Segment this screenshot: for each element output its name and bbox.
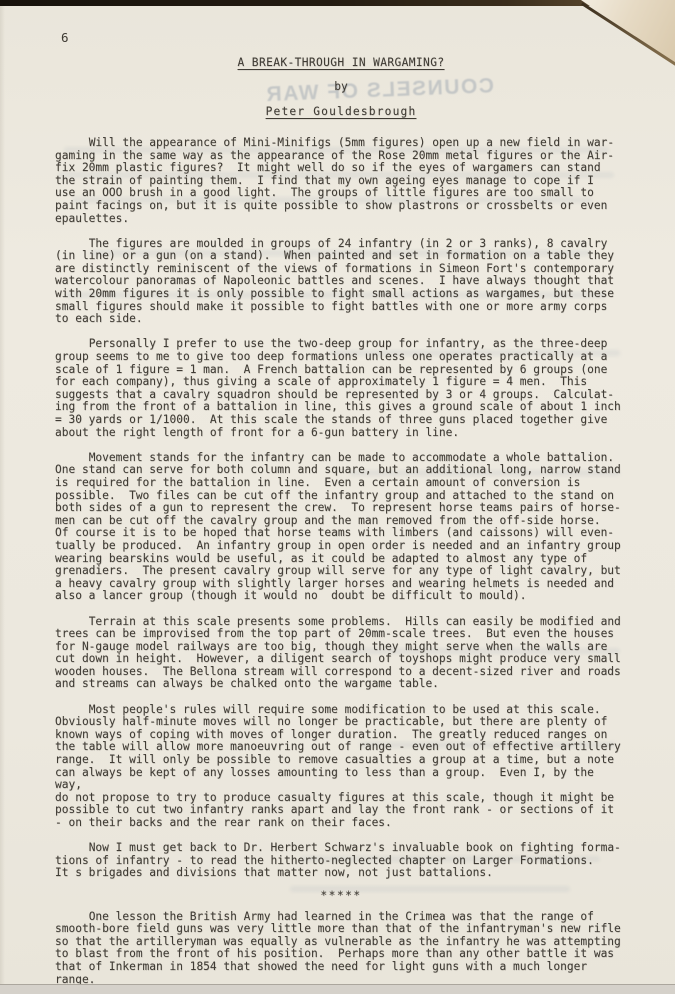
- paragraph: One lesson the British Army had learned …: [55, 911, 627, 987]
- paragraph: Movement stands for the infantry can be …: [55, 452, 627, 603]
- paragraph: Now I must get back to Dr. Herbert Schwa…: [55, 842, 627, 880]
- paragraph: Terrain at this scale presents some prob…: [55, 616, 627, 692]
- paragraph: Most people's rules will require some mo…: [55, 704, 627, 830]
- scanned-document-page: COUNSELS OF WAR 6 A BREAK-THROUGH IN WAR…: [0, 0, 675, 994]
- paragraph: The figures are moulded in groups of 24 …: [55, 238, 627, 326]
- scan-bottom-edge: [0, 984, 675, 994]
- article: A BREAK-THROUGH IN WARGAMING? by Peter G…: [55, 57, 627, 986]
- page-left-edge-shading: [0, 0, 5, 994]
- article-title: A BREAK-THROUGH IN WARGAMING?: [55, 57, 627, 70]
- asterisk-separator: *****: [55, 890, 627, 903]
- byline: by: [55, 81, 627, 94]
- page-number: 6: [61, 30, 69, 45]
- paragraph: Personally I prefer to use the two-deep …: [55, 338, 627, 439]
- paragraph: Will the appearance of Mini-Minifigs (5m…: [55, 137, 627, 225]
- scan-top-edge: [0, 0, 596, 6]
- author-name: Peter Gouldesbrough: [55, 106, 627, 119]
